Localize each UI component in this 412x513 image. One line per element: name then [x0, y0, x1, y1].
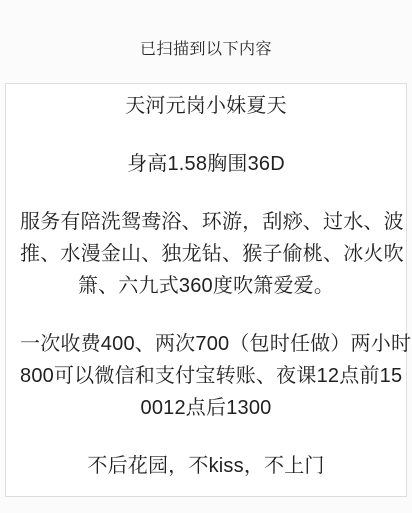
scanned-text-line: 800可以微信和支付宝转账、夜课12点前15	[20, 360, 392, 392]
scanned-text-line: 0012点后1300	[20, 392, 392, 424]
scanned-text-line: 推、水漫金山、独龙钻、猴子偷桃、冰火吹	[20, 238, 392, 270]
scanned-text-line: 不后花园，不kiss，不上门	[20, 450, 392, 482]
scanned-text-line: 箫、六九式360度吹箫爱爱。	[20, 270, 392, 302]
scanned-text-line: 天河元岗小妹夏天	[20, 90, 392, 122]
scanned-text-line: 一次收费400、两次700（包时任做）两小时	[20, 328, 392, 360]
scan-result-header: 已扫描到以下内容	[0, 39, 412, 61]
scanned-paragraph-stats: 身高1.58胸围36D	[20, 148, 392, 180]
scan-result-page: 已扫描到以下内容 天河元岗小妹夏天 身高1.58胸围36D 服务有陪洗鸳鸯浴、环…	[0, 0, 412, 513]
scanned-content-card: 天河元岗小妹夏天 身高1.58胸围36D 服务有陪洗鸳鸯浴、环游，刮痧、过水、波…	[5, 83, 407, 497]
scanned-text-line: 身高1.58胸围36D	[20, 148, 392, 180]
scanned-paragraph-services: 服务有陪洗鸳鸯浴、环游，刮痧、过水、波 推、水漫金山、独龙钻、猴子偷桃、冰火吹 …	[20, 206, 392, 302]
scanned-text-line: 服务有陪洗鸳鸯浴、环游，刮痧、过水、波	[20, 206, 392, 238]
scanned-paragraph-restrictions: 不后花园，不kiss，不上门	[20, 450, 392, 482]
scanned-paragraph-title: 天河元岗小妹夏天	[20, 90, 392, 122]
scanned-paragraph-pricing: 一次收费400、两次700（包时任做）两小时 800可以微信和支付宝转账、夜课1…	[20, 328, 392, 424]
